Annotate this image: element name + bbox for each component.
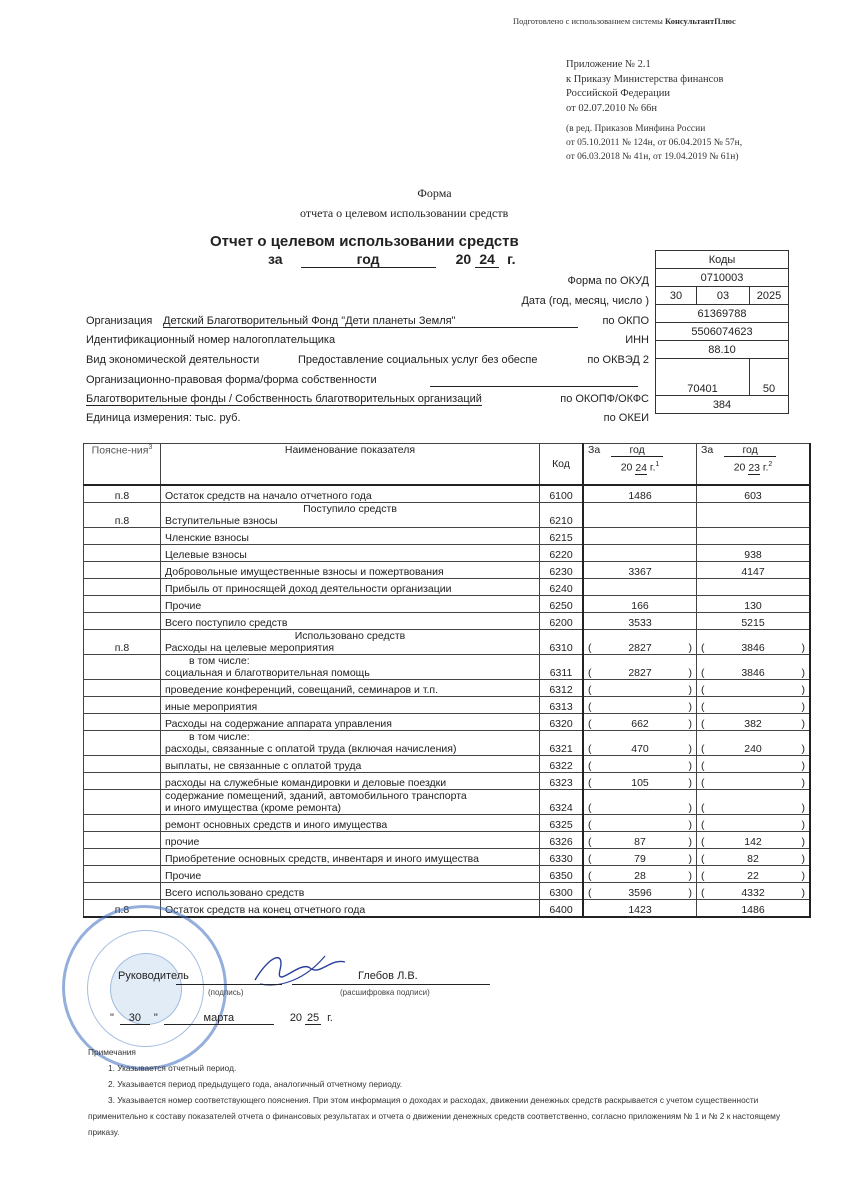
row-explanation — [84, 849, 161, 866]
row-code: 6350 — [540, 866, 584, 883]
row-value-current: 166 — [583, 596, 697, 613]
value-text: 142 — [744, 836, 762, 848]
value-text: 3846 — [741, 667, 764, 679]
row-name: Добровольные имущественные взносы и поже… — [161, 562, 540, 579]
row-value-previous: 1486 — [697, 900, 811, 918]
row-label: Всего поступило средств — [165, 617, 535, 629]
row-name: выплаты, не связанные с оплатой труда — [161, 756, 540, 773]
year-end: г. — [507, 251, 515, 267]
row-explanation — [84, 579, 161, 596]
unit-label: Единица измерения: тыс. руб. — [86, 412, 241, 424]
yr-value: 23 — [748, 462, 760, 475]
paren-close: ) — [689, 819, 693, 831]
period-prefix: за — [268, 251, 283, 267]
row-code: 6324 — [540, 790, 584, 815]
table-row: в том числе:расходы, связанные с оплатой… — [84, 731, 811, 756]
row-explanation — [84, 613, 161, 630]
za-text: За — [701, 444, 713, 456]
row-label: Остаток средств на начало отчетного года — [165, 490, 535, 502]
date-month: 03 — [697, 287, 750, 305]
row-code: 6311 — [540, 655, 584, 680]
codes-table: Коды 0710003 30 03 2025 61369788 5506074… — [655, 250, 789, 414]
row-value-previous — [697, 528, 811, 545]
table-body: п.8Остаток средств на начало отчетного г… — [84, 485, 811, 917]
period-word: год — [357, 251, 380, 267]
row-value-current: 3533 — [583, 613, 697, 630]
row-explanation — [84, 790, 161, 815]
date-label: Дата (год, месяц, число ) — [440, 295, 649, 307]
year-prefix: 20 — [456, 251, 472, 267]
signature-date: " 30 " марта 20 25 г. — [110, 1012, 333, 1025]
paren-open: ( — [701, 836, 705, 848]
report-table: Поясне-ния3 Наименование показателя Код … — [83, 443, 811, 918]
consultant-prefix: Подготовлено с использованием системы — [513, 16, 663, 26]
signer-name: Глебов Л.В. — [358, 970, 418, 982]
row-name: Использовано средствРасходы на целевые м… — [161, 630, 540, 655]
paren-open: ( — [701, 684, 705, 696]
inn-value: 5506074623 — [656, 323, 789, 341]
row-code: 6330 — [540, 849, 584, 866]
paren-open: ( — [588, 777, 592, 789]
row-explanation — [84, 883, 161, 900]
row-label: прочие — [165, 836, 535, 848]
row-value-previous: () — [697, 680, 811, 697]
god-text: год — [724, 444, 776, 457]
paren-open: ( — [588, 642, 592, 654]
paren-open: ( — [588, 802, 592, 814]
row-label: Расходы на содержание аппарата управлени… — [165, 718, 535, 730]
paren-close: ) — [689, 684, 693, 696]
row-section-heading: в том числе: — [165, 655, 535, 667]
row-value-previous: (240) — [697, 731, 811, 756]
god-text: год — [611, 444, 663, 457]
row-code: 6240 — [540, 579, 584, 596]
paren-open: ( — [701, 870, 705, 882]
row-explanation — [84, 528, 161, 545]
value-text: 2827 — [628, 642, 651, 654]
row-name: Приобретение основных средств, инвентаря… — [161, 849, 540, 866]
paren-open: ( — [588, 684, 592, 696]
okved-label: по ОКВЭД 2 — [560, 354, 649, 366]
paren-open: ( — [701, 853, 705, 865]
row-value-previous: 938 — [697, 545, 811, 562]
row-value-current: 3367 — [583, 562, 697, 579]
row-name: Поступило средствВступительные взносы — [161, 503, 540, 528]
yr-sup: 2 — [768, 461, 772, 468]
row-code: 6210 — [540, 503, 584, 528]
paren-open: ( — [588, 667, 592, 679]
name-caption: (расшифровка подписи) — [340, 988, 430, 997]
okopf-label: по ОКОПФ/ОКФС — [530, 393, 649, 405]
row-explanation: п.8 — [84, 485, 161, 503]
row-value-current: () — [583, 790, 697, 815]
row-code: 6200 — [540, 613, 584, 630]
table-row: ремонт основных средств и иного имуществ… — [84, 815, 811, 832]
table-row: п.8Поступило средствВступительные взносы… — [84, 503, 811, 528]
consultant-plus-note: Подготовлено с использованием системы Ко… — [513, 16, 736, 26]
row-value-current: (79) — [583, 849, 697, 866]
row-label: расходы на служебные командировки и дело… — [165, 777, 535, 789]
row-value-previous: () — [697, 756, 811, 773]
value-text: 2827 — [628, 667, 651, 679]
row-explanation — [84, 714, 161, 731]
row-section-heading: Использовано средств — [165, 630, 535, 642]
paren-open: ( — [701, 760, 705, 772]
row-value-current: 1423 — [583, 900, 697, 918]
row-value-current: () — [583, 697, 697, 714]
paren-close: ) — [802, 743, 806, 755]
value-text: 662 — [631, 718, 649, 730]
note-item: 1. Указывается отчетный период. — [88, 1060, 798, 1076]
table-row: выплаты, не связанные с оплатой труда632… — [84, 756, 811, 773]
value-text: 3596 — [628, 887, 651, 899]
edition-line: от 05.10.2011 № 124н, от 06.04.2015 № 57… — [566, 136, 742, 150]
date-day-value: 30 — [120, 1012, 150, 1025]
okei-value: 384 — [656, 396, 789, 414]
row-value-current: (2827) — [583, 630, 697, 655]
table-row: проведение конференций, совещаний, семин… — [84, 680, 811, 697]
paren-open: ( — [701, 802, 705, 814]
row-code: 6322 — [540, 756, 584, 773]
table-row: в том числе:социальная и благотворительн… — [84, 655, 811, 680]
paren-open: ( — [701, 642, 705, 654]
row-value-previous: (142) — [697, 832, 811, 849]
row-explanation — [84, 773, 161, 790]
row-name: Всего использовано средств — [161, 883, 540, 900]
row-label: иные мероприятия — [165, 701, 535, 713]
paren-open: ( — [588, 701, 592, 713]
row-value-previous: (3846) — [697, 630, 811, 655]
row-name: прочие — [161, 832, 540, 849]
row-code: 6220 — [540, 545, 584, 562]
row-value-previous: () — [697, 773, 811, 790]
table-row: прочие6326(87)(142) — [84, 832, 811, 849]
row-explanation — [84, 866, 161, 883]
row-name: Остаток средств на начало отчетного года — [161, 485, 540, 503]
paren-close: ) — [689, 760, 693, 772]
date-year: 2025 — [750, 287, 789, 305]
signature-line — [176, 984, 282, 985]
row-code: 6320 — [540, 714, 584, 731]
row-value-current — [583, 503, 697, 528]
row-value-current: (3596) — [583, 883, 697, 900]
row-label: Расходы на целевые мероприятия — [165, 642, 535, 654]
date-month-value: марта — [164, 1012, 274, 1025]
row-value-previous: (4332) — [697, 883, 811, 900]
row-value-current — [583, 545, 697, 562]
row-label: ремонт основных средств и иного имуществ… — [165, 819, 535, 831]
header-expl-text: Поясне-ния — [92, 445, 149, 457]
header-name: Наименование показателя — [161, 444, 540, 486]
activity-value: Предоставление социальных услуг без обес… — [298, 354, 537, 366]
table-row: п.8Использовано средствРасходы на целевы… — [84, 630, 811, 655]
okopf-value: 70401 — [656, 359, 750, 396]
header-explanations: Поясне-ния3 — [84, 444, 161, 486]
row-name: в том числе:социальная и благотворительн… — [161, 655, 540, 680]
table-row: Членские взносы6215 — [84, 528, 811, 545]
okei-label: по ОКЕИ — [560, 412, 649, 424]
row-code: 6300 — [540, 883, 584, 900]
value-text: 105 — [631, 777, 649, 789]
paren-close: ) — [802, 819, 806, 831]
value-text: 382 — [744, 718, 762, 730]
row-label: проведение конференций, совещаний, семин… — [165, 684, 535, 696]
row-explanation — [84, 832, 161, 849]
row-name: иные мероприятия — [161, 697, 540, 714]
inn-code-label: ИНН — [540, 334, 649, 346]
forma-label: Форма — [0, 186, 849, 201]
paren-close: ) — [689, 802, 693, 814]
row-name: Членские взносы — [161, 528, 540, 545]
row-value-current: (28) — [583, 866, 697, 883]
legal-form-underline — [430, 386, 638, 387]
paren-open: ( — [701, 718, 705, 730]
paren-close: ) — [802, 760, 806, 772]
table-row: Приобретение основных средств, инвентаря… — [84, 849, 811, 866]
paren-close: ) — [688, 887, 692, 899]
row-name: ремонт основных средств и иного имуществ… — [161, 815, 540, 832]
row-value-previous: () — [697, 697, 811, 714]
paren-open: ( — [588, 853, 592, 865]
row-explanation — [84, 562, 161, 579]
row-value-current — [583, 528, 697, 545]
yr-prefix: 20 — [621, 462, 633, 474]
value-text: 22 — [747, 870, 759, 882]
codes-header: Коды — [656, 251, 789, 269]
paren-close: ) — [689, 701, 693, 713]
paren-close: ) — [689, 777, 693, 789]
paren-close: ) — [802, 802, 806, 814]
row-code: 6326 — [540, 832, 584, 849]
date-day: 30 — [656, 287, 697, 305]
row-value-previous: 130 — [697, 596, 811, 613]
period-field: год — [301, 251, 436, 268]
appendix-block: Приложение № 2.1 к Приказу Министерства … — [566, 58, 742, 164]
table-row: Расходы на содержание аппарата управлени… — [84, 714, 811, 731]
row-label: выплаты, не связанные с оплатой труда — [165, 760, 535, 772]
report-period: за год 20 24 г. — [268, 251, 515, 268]
paren-close: ) — [801, 667, 805, 679]
paren-close: ) — [689, 853, 693, 865]
header-current-year: За год 20 24 г.1 — [583, 444, 697, 486]
row-value-current: () — [583, 756, 697, 773]
table-row: Целевые взносы6220938 — [84, 545, 811, 562]
paren-open: ( — [701, 777, 705, 789]
quote-close: " — [154, 1012, 158, 1024]
row-value-current: () — [583, 680, 697, 697]
row-label: Всего использовано средств — [165, 887, 535, 899]
value-text: 4332 — [741, 887, 764, 899]
yr-value: 24 — [635, 462, 647, 475]
paren-close: ) — [802, 684, 806, 696]
paren-close: ) — [689, 718, 693, 730]
paren-close: ) — [802, 777, 806, 789]
row-value-previous: (82) — [697, 849, 811, 866]
table-row: иные мероприятия6313()() — [84, 697, 811, 714]
paren-open: ( — [701, 887, 705, 899]
row-label: Членские взносы — [165, 532, 535, 544]
header-previous-year: За год 20 23 г.2 — [697, 444, 811, 486]
name-line — [292, 984, 490, 985]
table-row: расходы на служебные командировки и дело… — [84, 773, 811, 790]
row-explanation — [84, 545, 161, 562]
row-value-previous: () — [697, 815, 811, 832]
table-row: содержание помещений, зданий, автомобиль… — [84, 790, 811, 815]
row-code: 6250 — [540, 596, 584, 613]
consultant-brand: КонсультантПлюс — [665, 16, 736, 26]
quote-open: " — [110, 1012, 114, 1024]
paren-open: ( — [588, 819, 592, 831]
row-value-current: () — [583, 815, 697, 832]
paren-close: ) — [802, 870, 806, 882]
value-text: 82 — [747, 853, 759, 865]
row-label: Остаток средств на конец отчетного года — [165, 904, 535, 916]
signature-caption: (подпись) — [208, 988, 244, 997]
paren-open: ( — [588, 760, 592, 772]
okud-label: Форма по ОКУД — [440, 275, 649, 287]
paren-close: ) — [689, 836, 693, 848]
okved-value: 88.10 — [656, 341, 789, 359]
appendix-line: к Приказу Министерства финансов — [566, 73, 742, 88]
paren-open: ( — [588, 870, 592, 882]
appendix-line: Российской Федерации — [566, 87, 742, 102]
paren-close: ) — [802, 853, 806, 865]
paren-close: ) — [801, 887, 805, 899]
row-value-previous: 4147 — [697, 562, 811, 579]
date-year-end: г. — [327, 1012, 333, 1024]
table-row: Всего использовано средств6300(3596)(433… — [84, 883, 811, 900]
paren-open: ( — [701, 667, 705, 679]
row-explanation — [84, 815, 161, 832]
value-text: 28 — [634, 870, 646, 882]
row-code: 6230 — [540, 562, 584, 579]
row-section-heading: содержание помещений, зданий, автомобиль… — [165, 790, 535, 802]
value-text: 79 — [634, 853, 646, 865]
row-label: Прибыль от приносящей доход деятельности… — [165, 583, 535, 595]
row-label: Целевые взносы — [165, 549, 535, 561]
row-code: 6325 — [540, 815, 584, 832]
paren-open: ( — [588, 836, 592, 848]
paren-open: ( — [588, 718, 592, 730]
row-name: расходы на служебные командировки и дело… — [161, 773, 540, 790]
okpo-value: 61369788 — [656, 305, 789, 323]
row-name: проведение конференций, совещаний, семин… — [161, 680, 540, 697]
row-explanation: п.8 — [84, 630, 161, 655]
paren-close: ) — [802, 701, 806, 713]
yr-sup: 1 — [655, 461, 659, 468]
note-item: 2. Указывается период предыдущего года, … — [88, 1076, 798, 1092]
row-section-heading: в том числе: — [165, 731, 535, 743]
row-name: Прибыль от приносящей доход деятельности… — [161, 579, 540, 596]
edition-line: (в ред. Приказов Минфина России — [566, 122, 742, 136]
legal-form-value: Благотворительные фонды / Собственность … — [86, 393, 482, 406]
row-code: 6400 — [540, 900, 584, 918]
header-code: Код — [540, 444, 584, 486]
row-explanation — [84, 731, 161, 756]
row-label: Вступительные взносы — [165, 515, 535, 527]
activity-label: Вид экономической деятельности — [86, 354, 259, 366]
paren-open: ( — [701, 819, 705, 831]
paren-open: ( — [588, 887, 592, 899]
row-name: в том числе:расходы, связанные с оплатой… — [161, 731, 540, 756]
row-explanation — [84, 756, 161, 773]
row-value-current: 1486 — [583, 485, 697, 503]
table-row: Прочие6350(28)(22) — [84, 866, 811, 883]
date-year-value: 25 — [305, 1012, 321, 1025]
year-suffix: 24 — [475, 251, 499, 268]
paren-close: ) — [802, 836, 806, 848]
okud-value: 0710003 — [656, 269, 789, 287]
row-value-previous — [697, 579, 811, 596]
row-value-previous: 5215 — [697, 613, 811, 630]
table-row: Всего поступило средств620035335215 — [84, 613, 811, 630]
table-row: Прибыль от приносящей доход деятельности… — [84, 579, 811, 596]
row-explanation — [84, 596, 161, 613]
paren-open: ( — [701, 743, 705, 755]
row-name: Целевые взносы — [161, 545, 540, 562]
row-value-current: (2827) — [583, 655, 697, 680]
date-year-prefix: 20 — [290, 1012, 302, 1024]
row-code: 6215 — [540, 528, 584, 545]
row-value-previous: (3846) — [697, 655, 811, 680]
row-name: Всего поступило средств — [161, 613, 540, 630]
appendix-line: Приложение № 2.1 — [566, 58, 742, 73]
paren-close: ) — [689, 870, 693, 882]
row-label: Добровольные имущественные взносы и поже… — [165, 566, 535, 578]
row-value-current — [583, 579, 697, 596]
paren-close: ) — [801, 642, 805, 654]
row-value-current: (87) — [583, 832, 697, 849]
notes: Примечания 1. Указывается отчетный перио… — [88, 1044, 798, 1140]
row-label: и иного имущества (кроме ремонта) — [165, 802, 535, 814]
header-expl-sup: 3 — [148, 444, 152, 451]
forma-subtitle: отчета о целевом использовании средств — [300, 206, 508, 221]
paren-close: ) — [688, 667, 692, 679]
row-value-current: (470) — [583, 731, 697, 756]
paren-close: ) — [689, 743, 693, 755]
row-explanation: п.8 — [84, 503, 161, 528]
legal-form-label: Организационно-правовая форма/форма собс… — [86, 374, 377, 386]
row-label: Приобретение основных средств, инвентаря… — [165, 853, 535, 865]
value-text: 3846 — [741, 642, 764, 654]
row-value-previous: (382) — [697, 714, 811, 731]
row-name: Расходы на содержание аппарата управлени… — [161, 714, 540, 731]
paren-close: ) — [688, 642, 692, 654]
yr-prefix: 20 — [734, 462, 746, 474]
row-name: содержание помещений, зданий, автомобиль… — [161, 790, 540, 815]
report-title: Отчет о целевом использовании средств — [210, 233, 519, 250]
value-text: 87 — [634, 836, 646, 848]
row-code: 6313 — [540, 697, 584, 714]
row-name: Прочие — [161, 866, 540, 883]
row-explanation — [84, 697, 161, 714]
row-code: 6323 — [540, 773, 584, 790]
paren-open: ( — [701, 701, 705, 713]
row-value-previous: (22) — [697, 866, 811, 883]
paren-close: ) — [802, 718, 806, 730]
row-explanation — [84, 655, 161, 680]
appendix-line: от 02.07.2010 № 66н — [566, 102, 742, 117]
row-value-previous: 603 — [697, 485, 811, 503]
row-value-current: (105) — [583, 773, 697, 790]
edition-line: от 06.03.2018 № 41н, от 19.04.2019 № 61н… — [566, 150, 742, 164]
row-label: Прочие — [165, 870, 535, 882]
table-row: Прочие6250166130 — [84, 596, 811, 613]
paren-open: ( — [588, 743, 592, 755]
row-code: 6321 — [540, 731, 584, 756]
value-text: 470 — [631, 743, 649, 755]
za-text: За — [588, 444, 600, 456]
